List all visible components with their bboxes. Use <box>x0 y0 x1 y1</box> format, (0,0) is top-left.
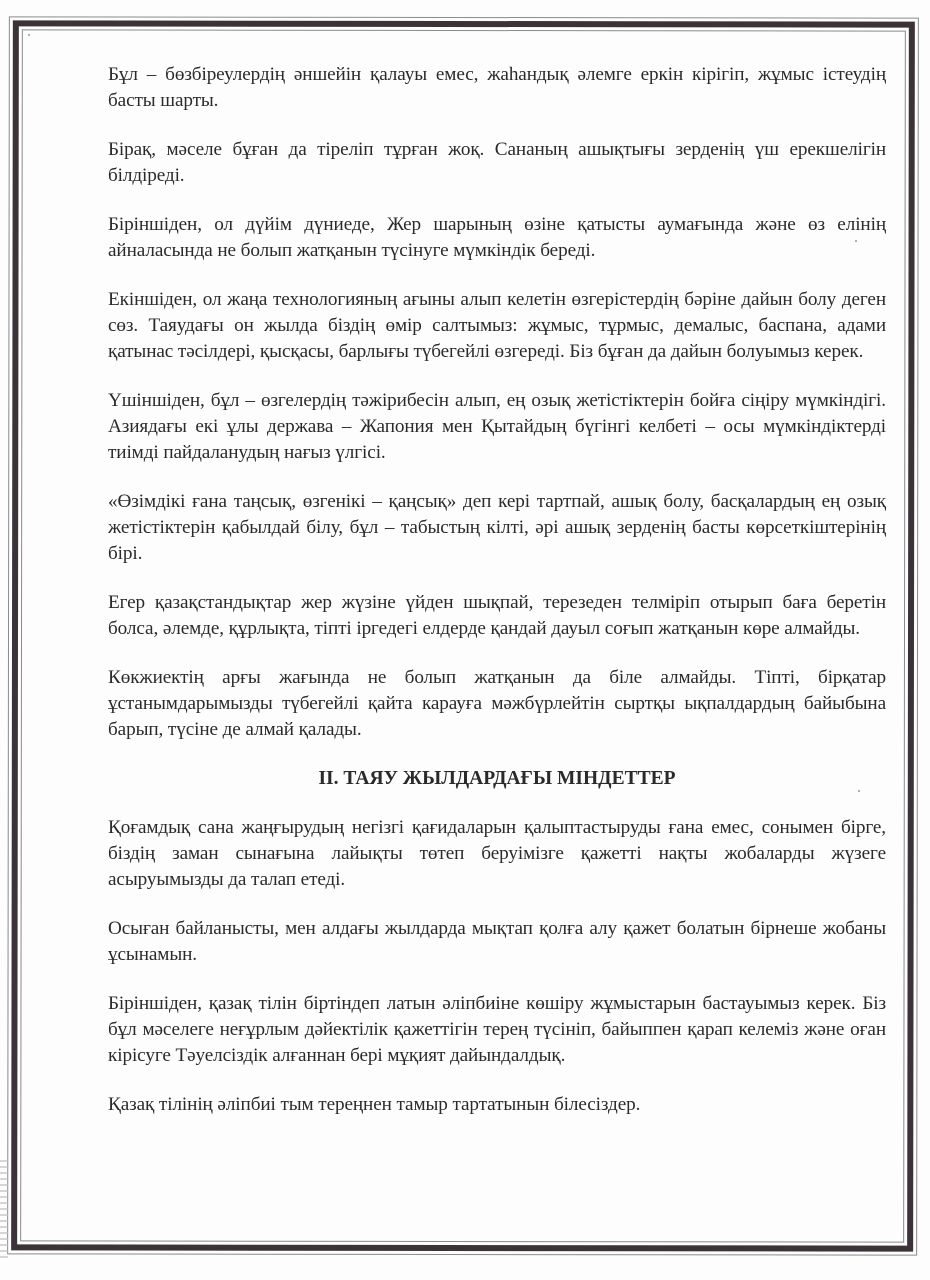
paragraph: «Өзімдікі ғана таңсық, өзгенікі – қаңсық… <box>108 489 886 567</box>
paragraph: Бұл – бөзбіреулердің әншейін қалауы емес… <box>108 62 886 114</box>
paragraph: Осыған байланысты, мен алдағы жылдарда м… <box>108 916 886 968</box>
section-heading: II. ТАЯУ ЖЫЛДАРДАҒЫ МІНДЕТТЕР <box>108 766 886 792</box>
paragraph: Қоғамдық сана жаңғырудың негізгі қағидал… <box>108 815 886 893</box>
paragraph: Көкжиектің арғы жағында не болып жатқаны… <box>108 665 886 743</box>
paragraph: Біріншіден, қазақ тілін біртіндеп латын … <box>108 991 886 1069</box>
paragraph: Үшіншіден, бұл – өзгелердің тәжірибесін … <box>108 388 886 466</box>
scan-speck <box>28 34 30 36</box>
scan-edge-marks <box>0 1160 8 1260</box>
document-page: Бұл – бөзбіреулердің әншейін қалауы емес… <box>108 62 886 1141</box>
paragraph: Бірақ, мәселе бұған да тіреліп тұрған жо… <box>108 137 886 189</box>
paragraph: Егер қазақстандықтар жер жүзіне үйден шы… <box>108 590 886 642</box>
paragraph: Біріншіден, ол дүйім дүниеде, Жер шарыны… <box>108 212 886 264</box>
paragraph: Екіншіден, ол жаңа технологияның ағыны а… <box>108 287 886 365</box>
paragraph: Қазақ тілінің әліпбиі тым тереңнен тамыр… <box>108 1092 886 1118</box>
